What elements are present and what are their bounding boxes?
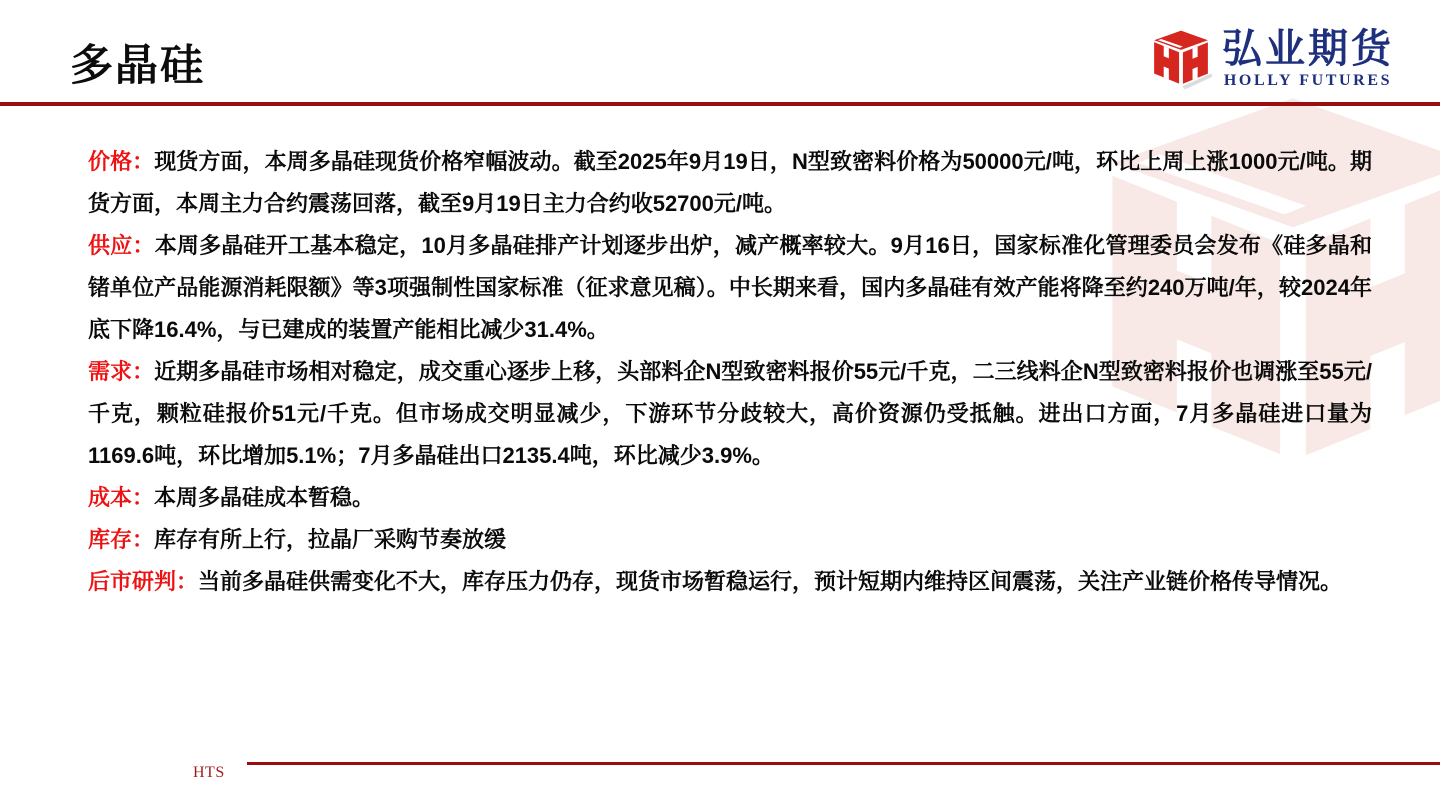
section-demand-text: 近期多晶硅市场相对稳定，成交重心逐步上移，头部料企N型致密料报价55元/千克，二…	[88, 359, 1372, 468]
section-demand-label: 需求：	[88, 359, 154, 384]
report-slide: 多晶硅 弘业期货 HOLLY FUTURES 价格：现货方面，本周多晶硅现货价格…	[0, 0, 1440, 810]
section-cost: 成本：本周多晶硅成本暂稳。	[88, 477, 1372, 519]
footer-watermark-label: HTS	[193, 764, 225, 782]
section-price-text: 现货方面，本周多晶硅现货价格窄幅波动。截至2025年9月19日，N型致密料价格为…	[88, 149, 1372, 216]
footer-divider-line	[247, 762, 1440, 765]
company-name-en: HOLLY FUTURES	[1224, 72, 1392, 90]
section-cost-label: 成本：	[88, 485, 154, 510]
company-logo-text: 弘业期货 HOLLY FUTURES	[1222, 27, 1394, 90]
section-cost-text: 本周多晶硅成本暂稳。	[154, 485, 374, 510]
section-supply-text: 本周多晶硅开工基本稳定，10月多晶硅排产计划逐步出炉，减产概率较大。9月16日，…	[88, 233, 1372, 342]
section-outlook: 后市研判：当前多晶硅供需变化不大，库存压力仍存，现货市场暂稳运行，预计短期内维持…	[88, 561, 1372, 603]
section-outlook-text: 当前多晶硅供需变化不大，库存压力仍存，现货市场暂稳运行，预计短期内维持区间震荡，…	[198, 569, 1342, 594]
report-body: 价格：现货方面，本周多晶硅现货价格窄幅波动。截至2025年9月19日，N型致密料…	[88, 141, 1372, 603]
section-inventory-label: 库存：	[88, 527, 154, 552]
holly-cube-icon	[1149, 27, 1213, 97]
section-price-label: 价格：	[88, 149, 154, 174]
section-inventory: 库存：库存有所上行，拉晶厂采购节奏放缓	[88, 519, 1372, 561]
section-demand: 需求：近期多晶硅市场相对稳定，成交重心逐步上移，头部料企N型致密料报价55元/千…	[88, 351, 1372, 477]
section-price: 价格：现货方面，本周多晶硅现货价格窄幅波动。截至2025年9月19日，N型致密料…	[88, 141, 1372, 225]
header-divider-line	[0, 102, 1440, 106]
page-title: 多晶硅	[70, 32, 205, 93]
company-name-cn: 弘业期货	[1222, 27, 1394, 71]
company-logo: 弘业期货 HOLLY FUTURES	[1149, 27, 1394, 97]
section-supply: 供应：本周多晶硅开工基本稳定，10月多晶硅排产计划逐步出炉，减产概率较大。9月1…	[88, 225, 1372, 351]
section-supply-label: 供应：	[88, 233, 155, 258]
section-outlook-label: 后市研判：	[88, 569, 198, 594]
section-inventory-text: 库存有所上行，拉晶厂采购节奏放缓	[154, 527, 506, 552]
